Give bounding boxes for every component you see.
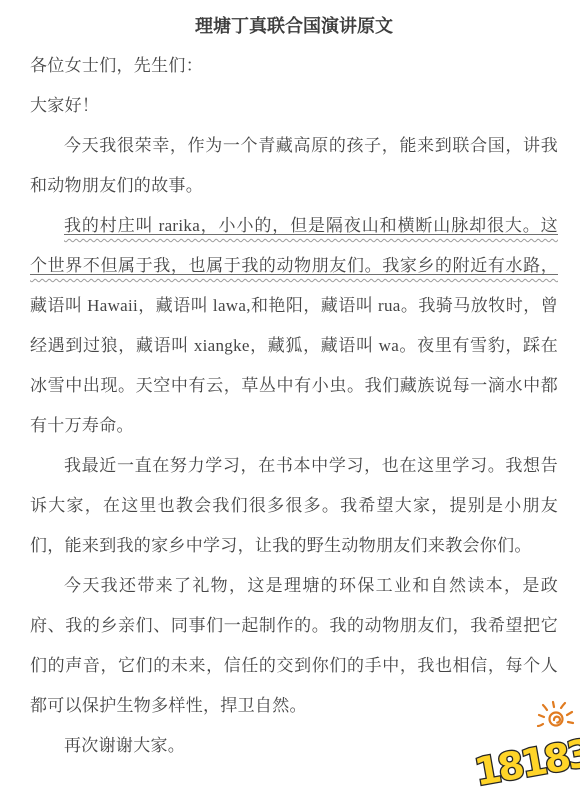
paragraph: 我的村庄叫 rarika，小小的，但是隔夜山和横断山脉却很大。这个世界不但属于我… [30, 206, 558, 446]
paragraph: 我最近一直在努力学习，在书本中学习，也在这里学习。我想告诉大家，在这里也教会我们… [30, 446, 558, 566]
document-page: { "document": { "title": "理塘丁真联合国演讲原文", … [0, 0, 584, 791]
paragraph: 大家好！ [30, 86, 558, 126]
text-segment: 藏语叫 Hawaii，藏语叫 lawa,和艳阳，藏语叫 rua。我骑马放牧时，曾… [30, 296, 558, 435]
text-segment: 我最近一直在努力学习，在书本中学习，也在这里学习。我想告诉大家，在这里也教会我们… [30, 456, 558, 555]
paragraph: 各位女士们，先生们： [30, 46, 558, 86]
underlined-sentence-text: 我的村庄叫 rarika，小小的，但是隔夜山和横断山脉却很大。这个世界不但属于我… [30, 216, 558, 275]
underlined-sentence: 我的村庄叫 rarika，小小的，但是隔夜山和横断山脉却很大。这个世界不但属于我… [30, 216, 558, 275]
paragraph: 今天我很荣幸，作为一个青藏高原的孩子，能来到联合国，讲我和动物朋友们的故事。 [30, 126, 558, 206]
text-segment: 今天我很荣幸，作为一个青藏高原的孩子，能来到联合国，讲我和动物朋友们的故事。 [30, 136, 558, 195]
sun-icon [538, 702, 573, 726]
text-segment: 各位女士们，先生们： [30, 56, 203, 75]
watermark-text: 18183 [471, 731, 580, 791]
text-segment: 大家好！ [30, 96, 99, 115]
text-segment: 再次谢谢大家。 [64, 736, 185, 755]
watermark-graphic: 18183 [468, 697, 580, 791]
18183-watermark-logo: 18183 [468, 697, 580, 791]
document-title: 理塘丁真联合国演讲原文 [30, 6, 558, 46]
text-segment: 今天我还带来了礼物，这是理塘的环保工业和自然读本，是政府、我的乡亲们、同事们一起… [30, 576, 558, 715]
document-body: 各位女士们，先生们：大家好！今天我很荣幸，作为一个青藏高原的孩子，能来到联合国，… [30, 46, 558, 766]
document: 理塘丁真联合国演讲原文 各位女士们，先生们：大家好！今天我很荣幸，作为一个青藏高… [0, 0, 584, 766]
